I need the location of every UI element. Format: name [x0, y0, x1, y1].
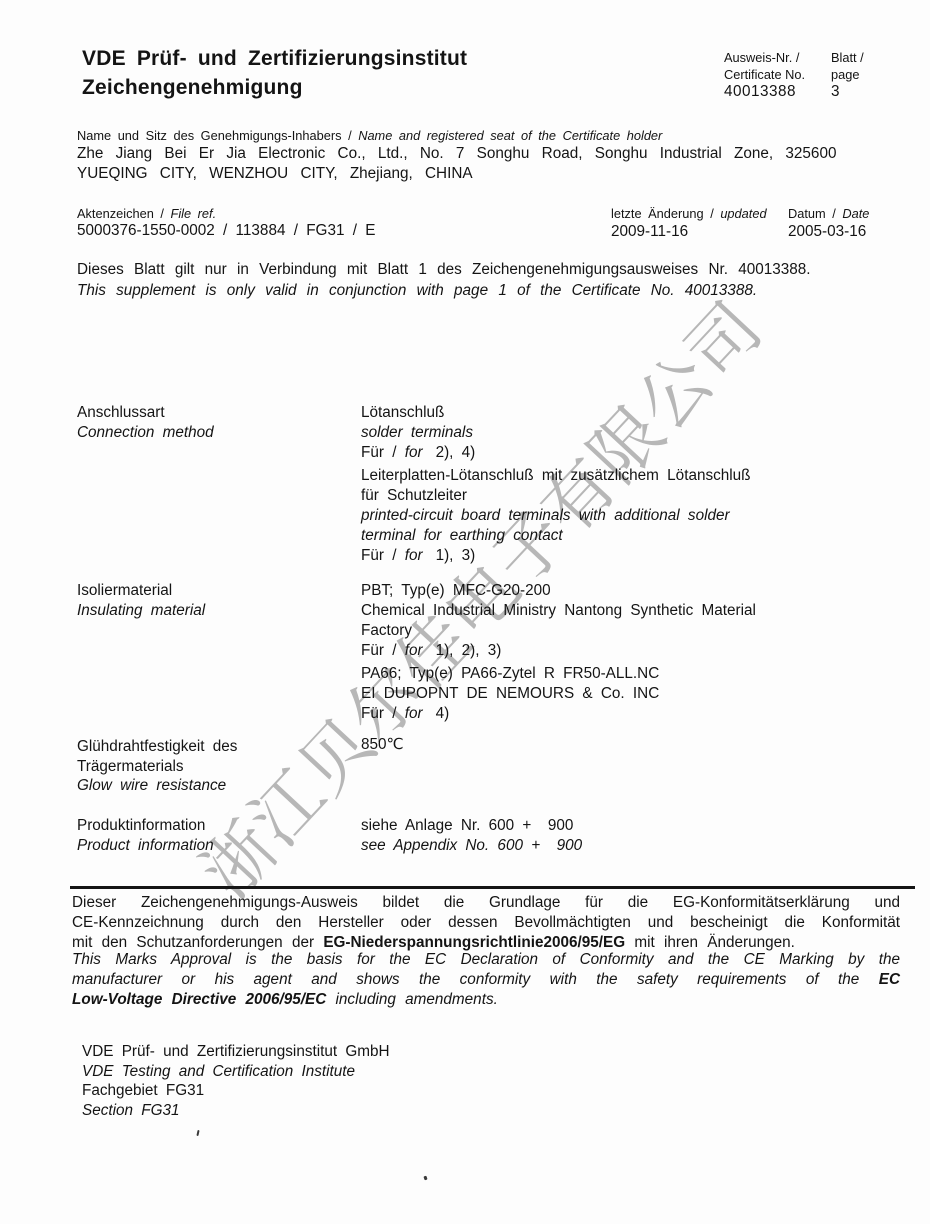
glowwire-value: 850℃: [361, 735, 404, 755]
page-title: VDE Prüf- und Zertifizierungsinstitut Ze…: [82, 44, 467, 102]
connection-label-de: Anschlussart: [77, 403, 347, 423]
insulation-value-line: Chemical Industrial Ministry Nantong Syn…: [361, 601, 921, 621]
holder-address-line2: YUEQING CITY, WENZHOU CITY, Zhejiang, CH…: [77, 164, 836, 184]
insulation-value-line: EI DUPOPNT DE NEMOURS & Co. INC: [361, 684, 921, 704]
fuer-refs: 1), 2), 3): [436, 642, 502, 659]
supplement-note: Dieses Blatt gilt nur in Verbindung mit …: [77, 259, 811, 301]
fuer-label: Für /: [361, 444, 405, 461]
productinfo-value-en: see Appendix No. 600 + 900: [361, 836, 582, 856]
legal-de-line1: Dieser Zeichengenehmigungs-Ausweis bilde…: [72, 894, 900, 911]
fuer-refs: 2), 4): [436, 444, 476, 461]
productinfo-label-de: Produktinformation: [77, 816, 357, 836]
glowwire-label-de2: Trägermaterials: [77, 757, 357, 777]
insulation-label: Isoliermaterial Insulating material: [77, 581, 347, 621]
insulation-value-line: PA66; Typ(e) PA66-Zytel R FR50-ALL.NC: [361, 664, 921, 684]
page-number-value: 3: [831, 83, 864, 100]
holder-label-de: Name und Sitz des Genehmigungs-Inhabers …: [77, 128, 358, 143]
legal-en-line3: Low-Voltage Directive 2006/95/EC includi…: [72, 990, 900, 1010]
date-label-de: Datum /: [788, 206, 842, 221]
legal-en-line3-post: including amendments.: [326, 991, 498, 1008]
glowwire-label-de1: Glühdrahtfestigkeit des: [77, 737, 357, 757]
supplement-note-de: Dieses Blatt gilt nur in Verbindung mit …: [77, 259, 811, 280]
fileref-label-en: File ref.: [171, 206, 217, 221]
legal-de-line3-post: mit ihren Änderungen.: [625, 934, 795, 951]
fileref-label: Aktenzeichen / File ref.: [77, 206, 216, 221]
productinfo-label-en: Product information: [77, 836, 357, 856]
updated-value: 2009-11-16: [611, 222, 688, 242]
legal-en-ec-bold: EC: [879, 971, 900, 988]
connection-value-line: terminal for earthing contact: [361, 526, 921, 546]
holder-address-line1: Zhe Jiang Bei Er Jia Electronic Co., Ltd…: [77, 144, 836, 164]
insulation-label-en: Insulating material: [77, 601, 347, 621]
insulation-value-line: Für / for4): [361, 704, 921, 724]
legal-de-line2: CE-Kennzeichnung durch den Hersteller od…: [72, 914, 900, 931]
footer-section-en: Section FG31: [82, 1101, 390, 1121]
fuer-refs: 4): [436, 705, 450, 722]
page-title-line2: Zeichengenehmigung: [82, 73, 467, 102]
certificate-number-label-en: Certificate No.: [724, 66, 805, 83]
fuer-label: Für /: [361, 547, 405, 564]
legal-en-line2-pre: manufacturer or his agent and shows the …: [72, 971, 879, 988]
insulation-value: PBT; Typ(e) MFC-G20-200 Chemical Industr…: [361, 581, 921, 724]
for-label: for: [405, 547, 423, 564]
date-label: Datum / Date: [788, 206, 869, 221]
legal-de-directive-bold: EG-Niederspannungsrichtlinie2006/95/EG: [323, 934, 625, 951]
footer-institute-de: VDE Prüf- und Zertifizierungsinstitut Gm…: [82, 1042, 390, 1062]
fuer-refs: 1), 3): [436, 547, 476, 564]
legal-paragraph-en: This Marks Approval is the basis for the…: [72, 950, 900, 1010]
insulation-value-line: Factory: [361, 621, 921, 641]
legal-de-justified: Dieser Zeichengenehmigungs-Ausweis bilde…: [72, 893, 900, 933]
supplement-note-en: This supplement is only valid in conjunc…: [77, 280, 811, 301]
updated-label-en: updated: [720, 206, 766, 221]
footer-block: VDE Prüf- und Zertifizierungsinstitut Gm…: [82, 1042, 390, 1120]
holder-label: Name und Sitz des Genehmigungs-Inhabers …: [77, 128, 662, 143]
legal-paragraph-de: Dieser Zeichengenehmigungs-Ausweis bilde…: [72, 893, 900, 953]
insulation-value-line: Für / for1), 2), 3): [361, 641, 921, 661]
fuer-label: Für /: [361, 642, 405, 659]
date-label-en: Date: [842, 206, 869, 221]
footer-institute-en: VDE Testing and Certification Institute: [82, 1062, 390, 1082]
connection-value-line: solder terminals: [361, 423, 921, 443]
connection-value-line: Leiterplatten-Lötanschluß mit zusätzlich…: [361, 466, 921, 486]
for-label: for: [405, 642, 423, 659]
productinfo-label: Produktinformation Product information: [77, 816, 357, 856]
updated-label: letzte Änderung / updated: [611, 206, 767, 221]
for-label: for: [405, 705, 423, 722]
certificate-page: 浙江贝尔佳电子有限公司 VDE Prüf- und Zertifizierung…: [0, 0, 930, 1224]
connection-value-line: für Schutzleiter: [361, 486, 921, 506]
certificate-number-value: 40013388: [724, 83, 805, 100]
connection-value: Lötanschluß solder terminals Für / for2)…: [361, 403, 921, 566]
productinfo-value-de: siehe Anlage Nr. 600 + 900: [361, 816, 582, 836]
for-label: for: [405, 444, 423, 461]
glowwire-label-en: Glow wire resistance: [77, 776, 357, 796]
connection-value-line: Für / for1), 3): [361, 546, 921, 566]
fileref-label-de: Aktenzeichen /: [77, 206, 171, 221]
page-title-line1: VDE Prüf- und Zertifizierungsinstitut: [82, 44, 467, 73]
holder-address: Zhe Jiang Bei Er Jia Electronic Co., Ltd…: [77, 144, 836, 184]
connection-value-line: Für / for2), 4): [361, 443, 921, 463]
date-value: 2005-03-16: [788, 222, 866, 242]
insulation-label-de: Isoliermaterial: [77, 581, 347, 601]
certificate-number-block: Ausweis-Nr. / Certificate No. 40013388: [724, 49, 805, 100]
updated-label-de: letzte Änderung /: [611, 206, 720, 221]
page-number-label-de: Blatt /: [831, 49, 864, 66]
connection-value-line: Lötanschluß: [361, 403, 921, 423]
fileref-value: 5000376-1550-0002 / 113884 / FG31 / E: [77, 221, 375, 241]
fuer-label: Für /: [361, 705, 405, 722]
glowwire-label: Glühdrahtfestigkeit des Trägermaterials …: [77, 737, 357, 796]
certificate-number-label-de: Ausweis-Nr. /: [724, 49, 805, 66]
scan-speck: [423, 1176, 427, 1181]
scan-speck: [196, 1130, 199, 1136]
connection-label-en: Connection method: [77, 423, 347, 443]
legal-de-line3-pre: mit den Schutzanforderungen der: [72, 934, 323, 951]
page-number-label-en: page: [831, 66, 864, 83]
connection-label: Anschlussart Connection method: [77, 403, 347, 443]
page-number-block: Blatt / page 3: [831, 49, 864, 100]
productinfo-value: siehe Anlage Nr. 600 + 900 see Appendix …: [361, 816, 582, 856]
holder-label-en: Name and registered seat of the Certific…: [358, 128, 662, 143]
connection-value-line: printed-circuit board terminals with add…: [361, 506, 921, 526]
legal-en-directive-bold: Low-Voltage Directive 2006/95/EC: [72, 991, 326, 1008]
legal-en-line1: This Marks Approval is the basis for the…: [72, 951, 900, 968]
divider-rule: [70, 886, 915, 889]
legal-en-justified: This Marks Approval is the basis for the…: [72, 950, 900, 990]
footer-section-de: Fachgebiet FG31: [82, 1081, 390, 1101]
insulation-value-line: PBT; Typ(e) MFC-G20-200: [361, 581, 921, 601]
